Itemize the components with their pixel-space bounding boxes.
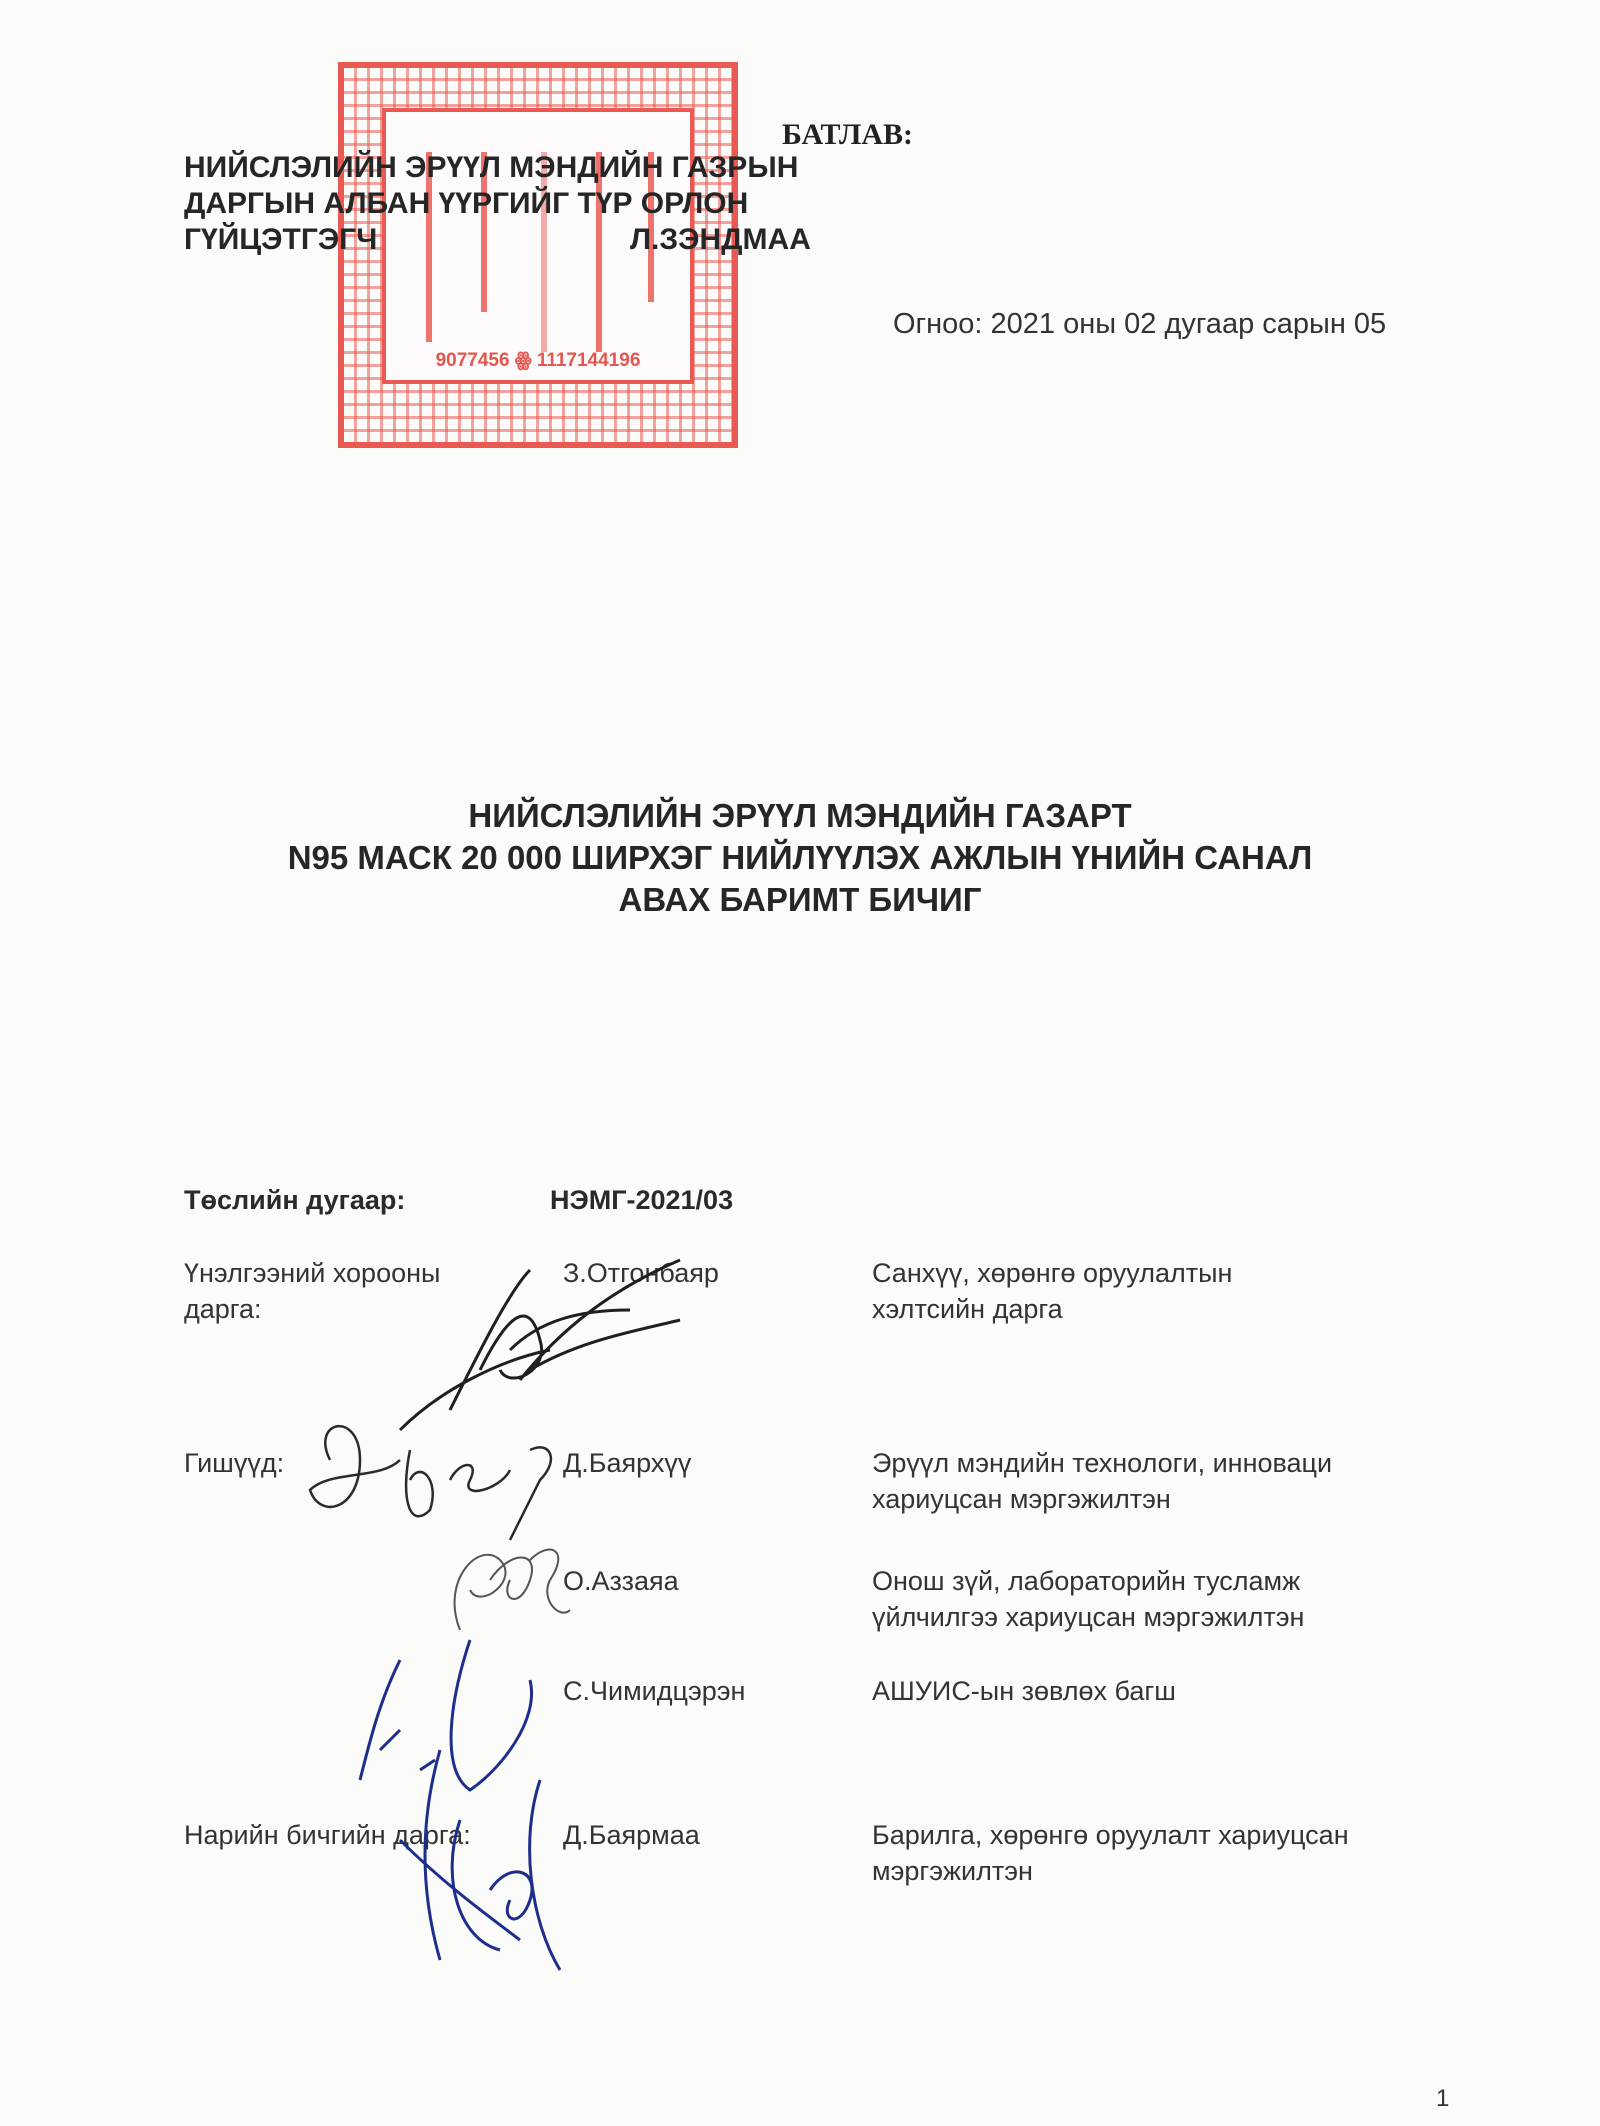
secretary-role-line: Барилга, хөрөнгө оруулалт хариуцсан xyxy=(872,1817,1432,1853)
member-name: С.Чимидцэрэн xyxy=(563,1673,745,1709)
member-name: О.Аззаяа xyxy=(563,1563,679,1599)
member-role-line: үйлчилгээ хариуцсан мэргэжилтэн xyxy=(872,1599,1432,1635)
chair-role-line: хэлтсийн дарга xyxy=(872,1291,1432,1327)
approver-title-line: НИЙСЛЭЛИЙН ЭРҮҮЛ МЭНДИЙН ГАЗРЫН xyxy=(184,150,798,186)
chair-role: Санхүү, хөрөнгө оруулалтын хэлтсийн дарг… xyxy=(872,1255,1432,1327)
member-role: Онош зүй, лабораторийн тусламж үйлчилгээ… xyxy=(872,1563,1432,1635)
approver-title-line: ДАРГЫН АЛБАН ҮҮРГИЙГ ТҮР ОРЛОН xyxy=(184,186,798,222)
document-title: НИЙСЛЭЛИЙН ЭРҮҮЛ МЭНДИЙН ГАЗАРТ N95 МАСК… xyxy=(0,795,1600,921)
document-date: Огноо: 2021 оны 02 дугаар сарын 05 xyxy=(893,308,1386,341)
signature-secretary-icon xyxy=(380,1740,620,1980)
member-role-line: Онош зүй, лабораторийн тусламж xyxy=(872,1563,1432,1599)
member-role: АШУИС-ын зөвлөх багш xyxy=(872,1673,1432,1709)
page-number: 1 xyxy=(1436,2085,1449,2113)
title-line: НИЙСЛЭЛИЙН ЭРҮҮЛ МЭНДИЙН ГАЗАРТ xyxy=(0,795,1600,837)
project-number-value: НЭМГ-2021/03 xyxy=(550,1185,733,1216)
secretary-role-line: мэргэжилтэн xyxy=(872,1853,1432,1889)
member-role-line: Эрүүл мэндийн технологи, инноваци xyxy=(872,1445,1432,1481)
members-label: Гишүүд: xyxy=(184,1445,284,1481)
member-role: Эрүүл мэндийн технологи, инноваци хариуц… xyxy=(872,1445,1432,1517)
member-role-line: хариуцсан мэргэжилтэн xyxy=(872,1481,1432,1517)
approval-heading: БАТЛАВ: xyxy=(782,118,913,152)
title-line: N95 МАСК 20 000 ШИРХЭГ НИЙЛҮҮЛЭХ АЖЛЫН Ү… xyxy=(0,837,1600,879)
approver-block: НИЙСЛЭЛИЙН ЭРҮҮЛ МЭНДИЙН ГАЗРЫН ДАРГЫН А… xyxy=(184,150,798,258)
title-line: АВАХ БАРИМТ БИЧИГ xyxy=(0,879,1600,921)
secretary-role: Барилга, хөрөнгө оруулалт хариуцсан мэрг… xyxy=(872,1817,1432,1889)
project-number-label: Төслийн дугаар: xyxy=(184,1185,405,1216)
chair-role-text: Санхүү, хөрөнгө оруулалтын xyxy=(872,1255,1232,1291)
chair-role-line: Санхүү, хөрөнгө оруулалтын xyxy=(872,1255,1432,1291)
approver-name: Л.ЗЭНДМАА xyxy=(630,222,811,258)
stamp-registration-number: 9077456 ꙮ 1117144196 xyxy=(386,349,690,372)
member-role-line: АШУИС-ын зөвлөх багш xyxy=(872,1673,1432,1709)
